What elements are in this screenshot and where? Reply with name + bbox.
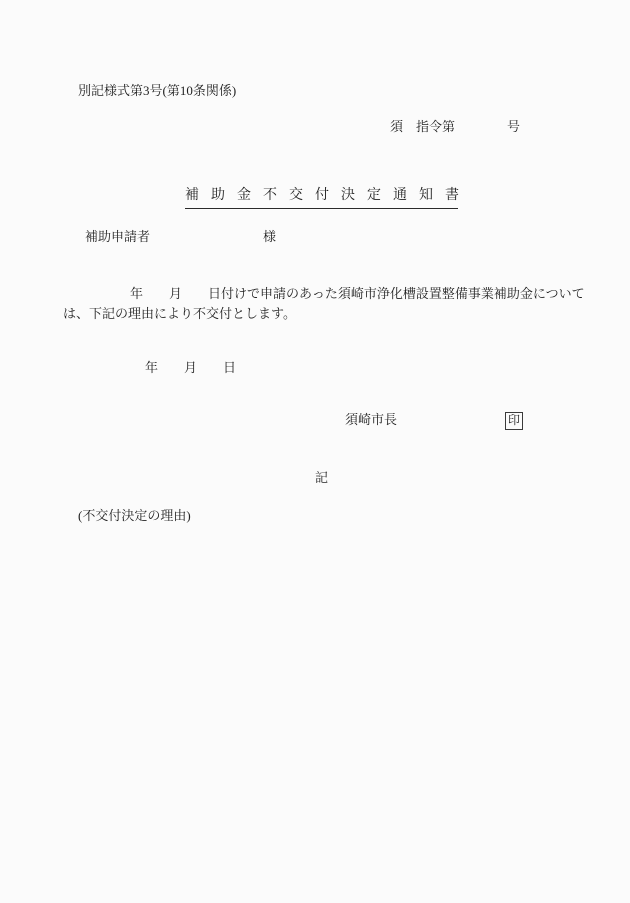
mayor-signature-title: 須崎市長 <box>345 411 397 429</box>
seal-placeholder-box: 印 <box>505 412 523 430</box>
section-marker: 記 <box>315 470 328 485</box>
applicant-honorific: 様 <box>263 228 276 246</box>
body-text-line-2: は、下記の理由により不交付とします。 <box>63 305 296 323</box>
body-text-line-1: 年 月 日付けで申請のあった須崎市浄化槽設置整備事業補助金について <box>130 285 585 303</box>
applicant-label: 補助申請者 <box>85 228 150 246</box>
title-row: 補 助 金 不 交 付 決 定 通 知 書 <box>0 168 630 227</box>
section-marker-row: 記 <box>0 451 630 504</box>
issue-date-line: 年 月 日 <box>145 359 236 377</box>
form-reference: 別記様式第3号(第10条関係) <box>78 82 236 100</box>
directive-number-line: 須 指令第 号 <box>390 118 520 136</box>
document-page: 別記様式第3号(第10条関係) 須 指令第 号 補 助 金 不 交 付 決 定 … <box>0 0 630 903</box>
reason-heading: (不交付決定の理由) <box>78 507 191 525</box>
document-title: 補 助 金 不 交 付 決 定 通 知 書 <box>185 187 458 210</box>
